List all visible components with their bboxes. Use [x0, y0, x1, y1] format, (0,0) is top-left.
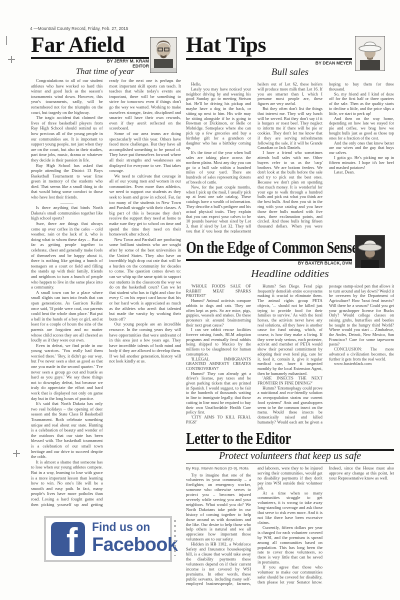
- paragraph: A small town can be a place where small …: [31, 290, 103, 343]
- divider-rule: [186, 463, 394, 464]
- baxter-black-photo: [355, 235, 385, 268]
- paragraph: www.baxterblack.com: [329, 362, 394, 367]
- paragraph: But they often don't list the things tha…: [258, 106, 323, 150]
- dean-meyer-photo: [355, 36, 385, 71]
- paragraph: Lately you may have noticed your neighbo…: [186, 87, 251, 151]
- paragraph: And the only ones that know better are o…: [329, 141, 394, 156]
- common-sense-byline: BY BAXTER BLACK, DVM: [186, 261, 352, 266]
- paragraph: 'WHOLE FOODS SALE OF RABBIT MEAT SPARKS …: [186, 284, 251, 299]
- letter-byline: By Rep. Marvin Nelson (D-9), Rolla: [186, 466, 251, 471]
- headline-rule: [186, 58, 352, 60]
- paragraph: We need to cultivate that courage in all…: [109, 173, 181, 237]
- hat-tips-byline: BY DEAN MEYER: [186, 61, 352, 66]
- paragraph: Humm? San Diego. Feral pigs frequently d…: [258, 284, 323, 376]
- paragraph: I gotta go. He's picking me up in fiftee…: [329, 155, 394, 170]
- paragraph: 'ARE INSECTS THE NEXT FRONTIER IN FINE D…: [258, 376, 323, 386]
- paragraph: Ray High School has asked that people at…: [31, 163, 103, 200]
- letter-subhead: Protect volunteers that keep us safe: [186, 451, 394, 462]
- paragraph: Humm? They can already get a driver's li…: [186, 371, 251, 415]
- paragraph: Try to imagine that one of the volunteer…: [186, 473, 251, 542]
- paragraph: Humm? Animal activists compare rabbits t…: [186, 299, 251, 328]
- paragraph: 'CITY AIMS TO KILL FERAL PIGS!': [186, 415, 251, 425]
- folio-text: 4 —Mountrail County Record, Friday, Feb.…: [30, 26, 230, 31]
- paragraph: It's the time of the year when bull sale…: [186, 151, 251, 185]
- paragraph: Some of our area teams are doing spectac…: [109, 131, 181, 173]
- facebook-f-icon: f: [51, 522, 85, 556]
- facebook-ad: f Find us on Facebook: [44, 516, 172, 562]
- far-afield-body: Congratulations to all of our student at…: [31, 78, 181, 508]
- letter-title: Letter to the Editor: [186, 431, 291, 449]
- paragraph: Our young people are an incredible resou…: [109, 322, 181, 364]
- paragraph: Later, Dean.: [329, 170, 394, 175]
- common-sense-subhead: Headline oddities: [186, 268, 394, 280]
- facebook-ad-line2: Facebook: [92, 536, 178, 555]
- registration-mark: [13, 450, 20, 457]
- common-sense-body: 'WHOLE FOODS SALE OF RABBIT MEAT SPARKS …: [186, 284, 394, 428]
- paragraph: Is there anything that binds North Dakot…: [31, 205, 103, 221]
- hat-tips-title: Hat Tips: [186, 34, 266, 56]
- common-sense-title: On the Edge of Common Sense: [186, 240, 358, 258]
- paragraph: The tragic accident that claimed the liv…: [31, 115, 103, 163]
- paragraph: And then on the way home, depending on h…: [329, 116, 394, 140]
- facebook-ad-line1: Find us on: [92, 523, 178, 535]
- paragraph: Currently, fifteen dollars per year is c…: [258, 525, 323, 565]
- paragraph: New Town and Parshall are producing some…: [109, 237, 181, 322]
- newspaper-page-scan: 4 —Mountrail County Record, Friday, Feb.…: [0, 0, 400, 600]
- paragraph: At a time when so many communities strug…: [258, 491, 323, 526]
- paragraph: CONCLUSION: The more advanced a civiliza…: [329, 347, 394, 362]
- far-afield-title: Far Afield: [31, 34, 125, 56]
- jerry-kram-photo: [150, 37, 177, 73]
- hat-tips-body: Hello,Lately you may have noticed your n…: [186, 82, 394, 233]
- paragraph: Even in defeat, we find pride in our you…: [31, 343, 103, 401]
- paragraph: 'ILLEGAL IMMIGRANTS GRANTED AMNESTY CREA…: [186, 357, 251, 372]
- letter-body: By Rep. Marvin Nelson (D-9), Rolla Try t…: [186, 466, 394, 587]
- paragraph: So, my friend and I kind of doze off for…: [329, 92, 394, 116]
- scan-artifact-marks: [174, 520, 176, 556]
- registration-mark: [8, 56, 15, 63]
- paragraph: Sure, there are things that always come …: [31, 221, 103, 290]
- paragraph: It's said that North Dakota has only two…: [31, 401, 103, 459]
- paragraph: I can see rabbit rescue facilities forev…: [186, 328, 251, 357]
- registration-mark: [6, 36, 7, 45]
- paragraph: Congratulations to all of our student at…: [31, 78, 103, 115]
